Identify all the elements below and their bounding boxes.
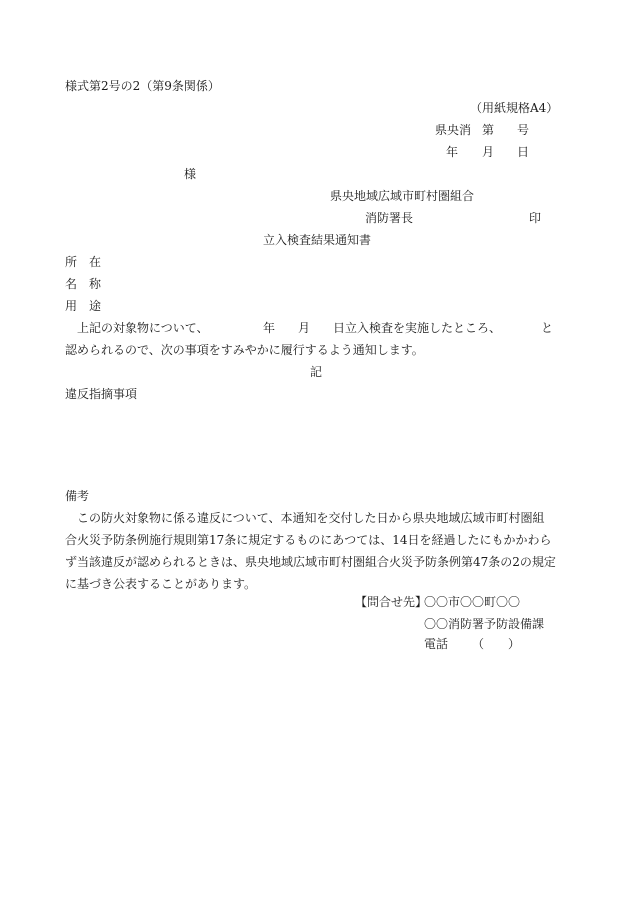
paper-size: （用紙規格A4）	[470, 101, 558, 115]
contact-phone-paren: （ ）	[472, 637, 520, 651]
field-use-label: 用 途	[65, 299, 101, 313]
doc-number-dai: 第	[482, 123, 494, 137]
body-month: 月	[298, 321, 310, 335]
doc-number-go: 号	[517, 123, 529, 137]
remarks-line: ず当該違反が認められるときは、県央地域広域市町村圏組合火災予防条例第47条の2の…	[65, 555, 556, 569]
date-day: 日	[517, 145, 529, 159]
body-text-a: 上記の対象物について、	[77, 321, 209, 335]
remarks-line: 合火災予防条例施行規則第17条に規定するものにあつては、14日を経過したにもかか…	[65, 533, 552, 547]
remarks-line: この防火対象物に係る違反について、本通知を交付した日から県央地域広域市町村圏組	[77, 511, 545, 525]
issuer-title: 消防署長	[365, 211, 413, 225]
addressee-suffix: 様	[184, 167, 196, 181]
date-year: 年	[446, 145, 458, 159]
field-location-label: 所 在	[65, 255, 101, 269]
violations-heading: 違反指摘事項	[65, 387, 137, 401]
contact-label: 【問合せ先】	[355, 595, 427, 609]
form-id: 様式第2号の2（第9条関係）	[65, 79, 220, 93]
remarks-line: に基づき公表することがあります。	[65, 577, 256, 591]
field-name-label: 名 称	[65, 277, 101, 291]
body-year: 年	[263, 321, 275, 335]
remarks-heading: 備考	[65, 489, 89, 503]
body-text-b: 日立入検査を実施したところ、	[333, 321, 501, 335]
seal-mark: 印	[529, 211, 541, 225]
date-month: 月	[482, 145, 494, 159]
doc-number-prefix: 県央消	[435, 123, 471, 137]
contact-phone-label: 電話	[424, 637, 448, 651]
document-title: 立入検査結果通知書	[263, 233, 371, 247]
body-text-line2: 認められるので、次の事項をすみやかに履行するよう通知します。	[65, 343, 424, 357]
contact-address: 〇〇市〇〇町〇〇	[424, 595, 520, 609]
contact-department: 〇〇消防署予防設備課	[424, 617, 544, 631]
ki-heading: 記	[310, 365, 322, 379]
issuer-org: 県央地域広域市町村圏組合	[330, 189, 474, 203]
body-text-to: と	[541, 321, 553, 335]
